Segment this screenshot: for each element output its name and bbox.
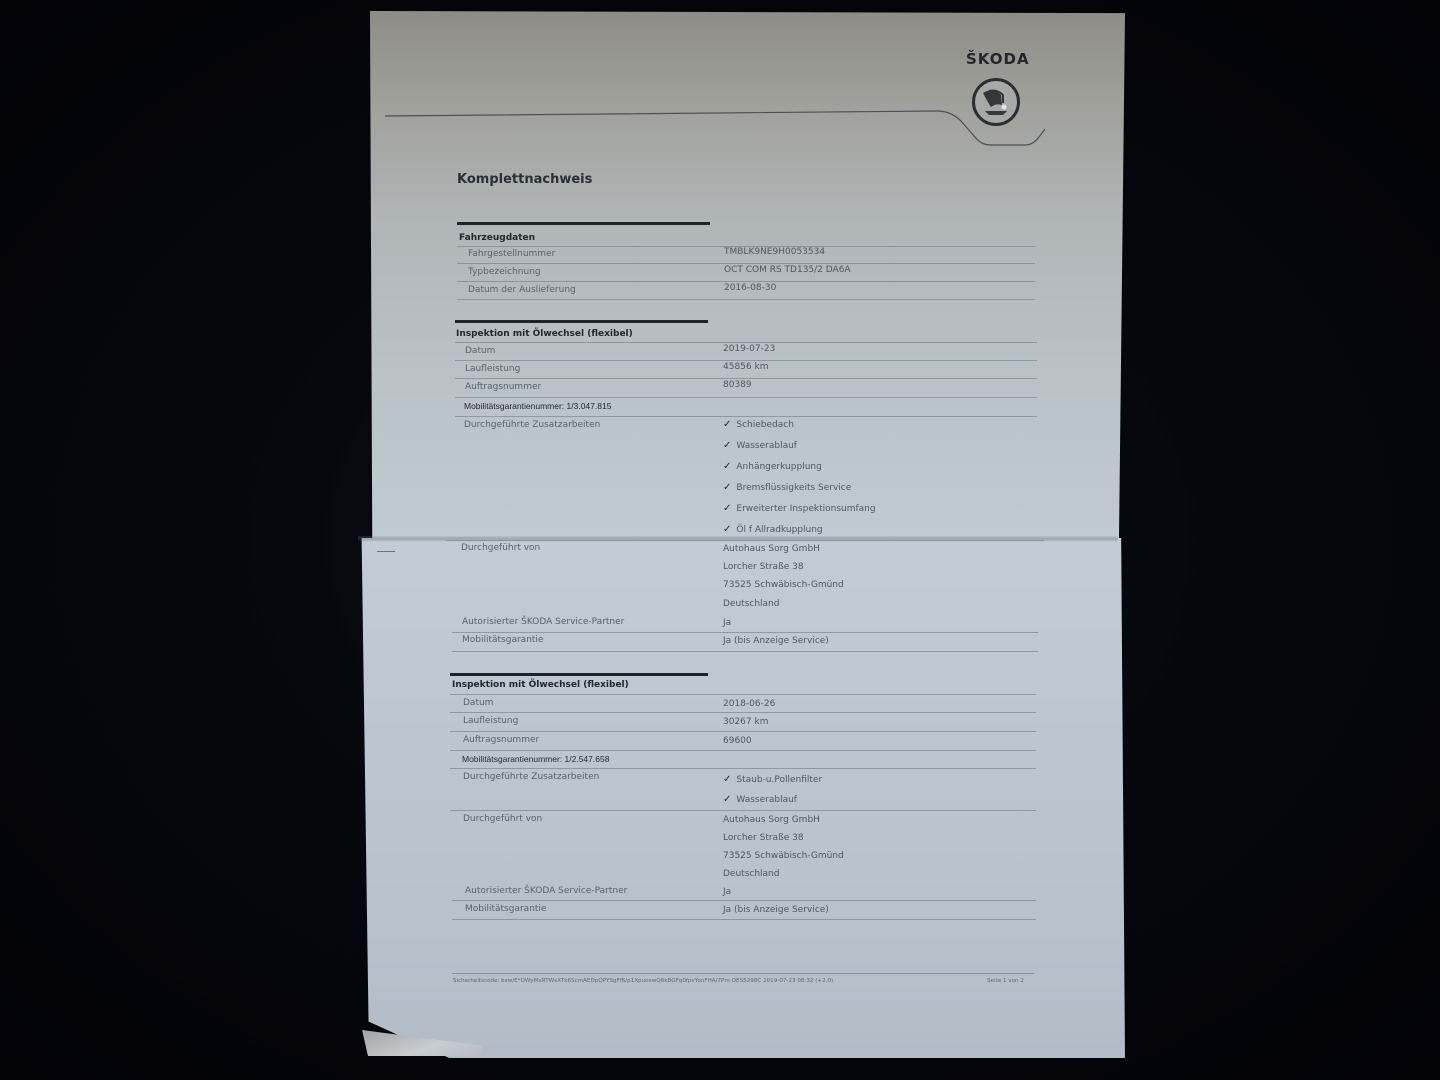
security-code: Sicherheitscode: bzw/E*OWyMxRTWsXTk6ScmA… [453,978,833,984]
checkmark-icon: ✓ [723,419,731,430]
row-divider [455,416,1037,417]
inspection-2-date-label: Datum [463,698,493,708]
delivery-date-label: Datum der Auslieferung [468,285,576,295]
type-label: Typbezeichnung [468,267,541,277]
row-divider [450,750,1036,751]
inspection-2-heading: Inspektion mit Ölwechsel (flexibel) [452,680,629,690]
inspection-2-order-label: Auftragsnummer [463,735,539,745]
vin-value: TMBLK9NE9H0053534 [724,247,825,257]
brand-wordmark: ŠKODA [966,50,1030,68]
inspection-2-mileage-value: 30267 km [723,717,768,727]
inspection-1-authorized-label: Autorisierter ŠKODA Service-Partner [462,617,624,627]
checkmark-icon: ✓ [723,461,731,472]
row-divider [452,919,1036,920]
row-divider [450,731,1036,732]
inspection-1-extra-work-label: Durchgeführte Zusatzarbeiten [464,420,600,430]
section-divider [455,320,708,323]
row-divider [457,299,1035,300]
extra-work-item: ✓Erweiterter Inspektionsumfang [723,503,876,514]
inspection-1-mobility-number: Mobilitätsgarantienummer: 1/3.047.815 [464,401,611,411]
inspection-1-authorized-value: Ja [723,618,731,628]
extra-work-item: ✓Anhängerkupplung [723,461,822,472]
row-divider [455,397,1037,398]
inspection-1-dealer-country: Deutschland [723,599,779,609]
extra-work-item: ✓Öl f Allradkupplung [723,524,823,535]
checkmark-icon: ✓ [723,774,731,785]
inspection-1-mobility-value: Ja (bis Anzeige Service) [723,636,829,646]
row-divider [446,540,1044,541]
inspection-2-performed-by-label: Durchgeführt von [463,814,542,824]
inspection-2-order-value: 69600 [723,736,752,746]
row-divider [452,900,1036,901]
document-title: Komplettnachweis [457,172,592,187]
inspection-2-dealer-city: 73525 Schwäbisch-Gmünd [723,851,844,861]
row-divider [455,342,1037,343]
row-divider [457,263,1035,264]
inspection-1-dealer-city: 73525 Schwäbisch-Gmünd [723,580,844,590]
checkmark-icon: ✓ [723,440,731,451]
inspection-1-heading: Inspektion mit Ölwechsel (flexibel) [456,329,633,339]
inspection-2-mobility-label: Mobilitätsgarantie [465,904,546,914]
inspection-2-mobility-number: Mobilitätsgarantienummer: 1/2.547.658 [462,754,609,764]
inspection-2-extra-work-label: Durchgeführte Zusatzarbeiten [463,772,599,782]
extra-work-item: ✓Wasserablauf [723,440,797,451]
row-divider [452,632,1038,633]
paper-fold [358,536,1118,542]
checkmark-icon: ✓ [723,524,731,535]
type-value: OCT COM RS TD135/2 DA6A [724,265,851,275]
row-divider [450,768,1036,769]
inspection-2-dealer-country: Deutschland [723,869,779,879]
row-divider [455,378,1037,379]
inspection-1-date-value: 2019-07-23 [723,344,775,354]
photo-background: ŠKODA Komplettnachweis Fahrzeugdaten Fah… [0,0,1440,1080]
extra-work-item: ✓Bremsflüssigkeits Service [723,482,851,493]
inspection-2-dealer-street: Lorcher Straße 38 [723,833,804,843]
row-divider [455,360,1037,361]
inspection-2-authorized-label: Autorisierter ŠKODA Service-Partner [465,886,627,896]
checkmark-icon: ✓ [723,503,731,514]
section-divider [457,222,710,225]
checkmark-icon: ✓ [723,794,731,805]
row-divider [457,281,1035,282]
inspection-2-mileage-label: Laufleistung [463,716,518,726]
inspection-1-performed-by-label: Durchgeführt von [461,543,540,553]
skoda-winged-arrow-icon [972,78,1020,126]
inspection-2-mobility-value: Ja (bis Anzeige Service) [723,905,829,915]
vehicle-section-heading: Fahrzeugdaten [459,233,535,243]
row-divider [450,712,1036,713]
extra-work-item: ✓Wasserablauf [723,794,797,805]
section-divider [450,673,708,676]
inspection-1-mileage-value: 45856 km [723,362,768,372]
inspection-1-mobility-label: Mobilitätsgarantie [462,635,543,645]
vin-label: Fahrgestellnummer [468,249,555,259]
inspection-1-date-label: Datum [465,346,495,356]
fold-mark [377,551,395,552]
header-curve-line [385,85,1045,155]
delivery-date-value: 2016-08-30 [724,283,776,293]
row-divider [450,810,1036,811]
inspection-1-dealer-name: Autohaus Sorg GmbH [723,544,820,554]
inspection-1-mileage-label: Laufleistung [465,364,520,374]
inspection-2-authorized-value: Ja [723,887,731,897]
row-divider [452,651,1038,652]
inspection-1-dealer-street: Lorcher Straße 38 [723,562,804,572]
footer-divider [452,973,1034,974]
inspection-1-order-value: 80389 [723,380,752,390]
page-number: Seite 1 von 2 [987,978,1024,984]
extra-work-item: ✓Staub-u.Pollenfilter [723,774,822,785]
inspection-1-order-label: Auftragsnummer [465,382,541,392]
row-divider [450,694,1036,695]
inspection-2-date-value: 2018-06-26 [723,699,775,709]
inspection-2-dealer-name: Autohaus Sorg GmbH [723,815,820,825]
checkmark-icon: ✓ [723,482,731,493]
extra-work-item: ✓Schiebedach [723,419,794,430]
